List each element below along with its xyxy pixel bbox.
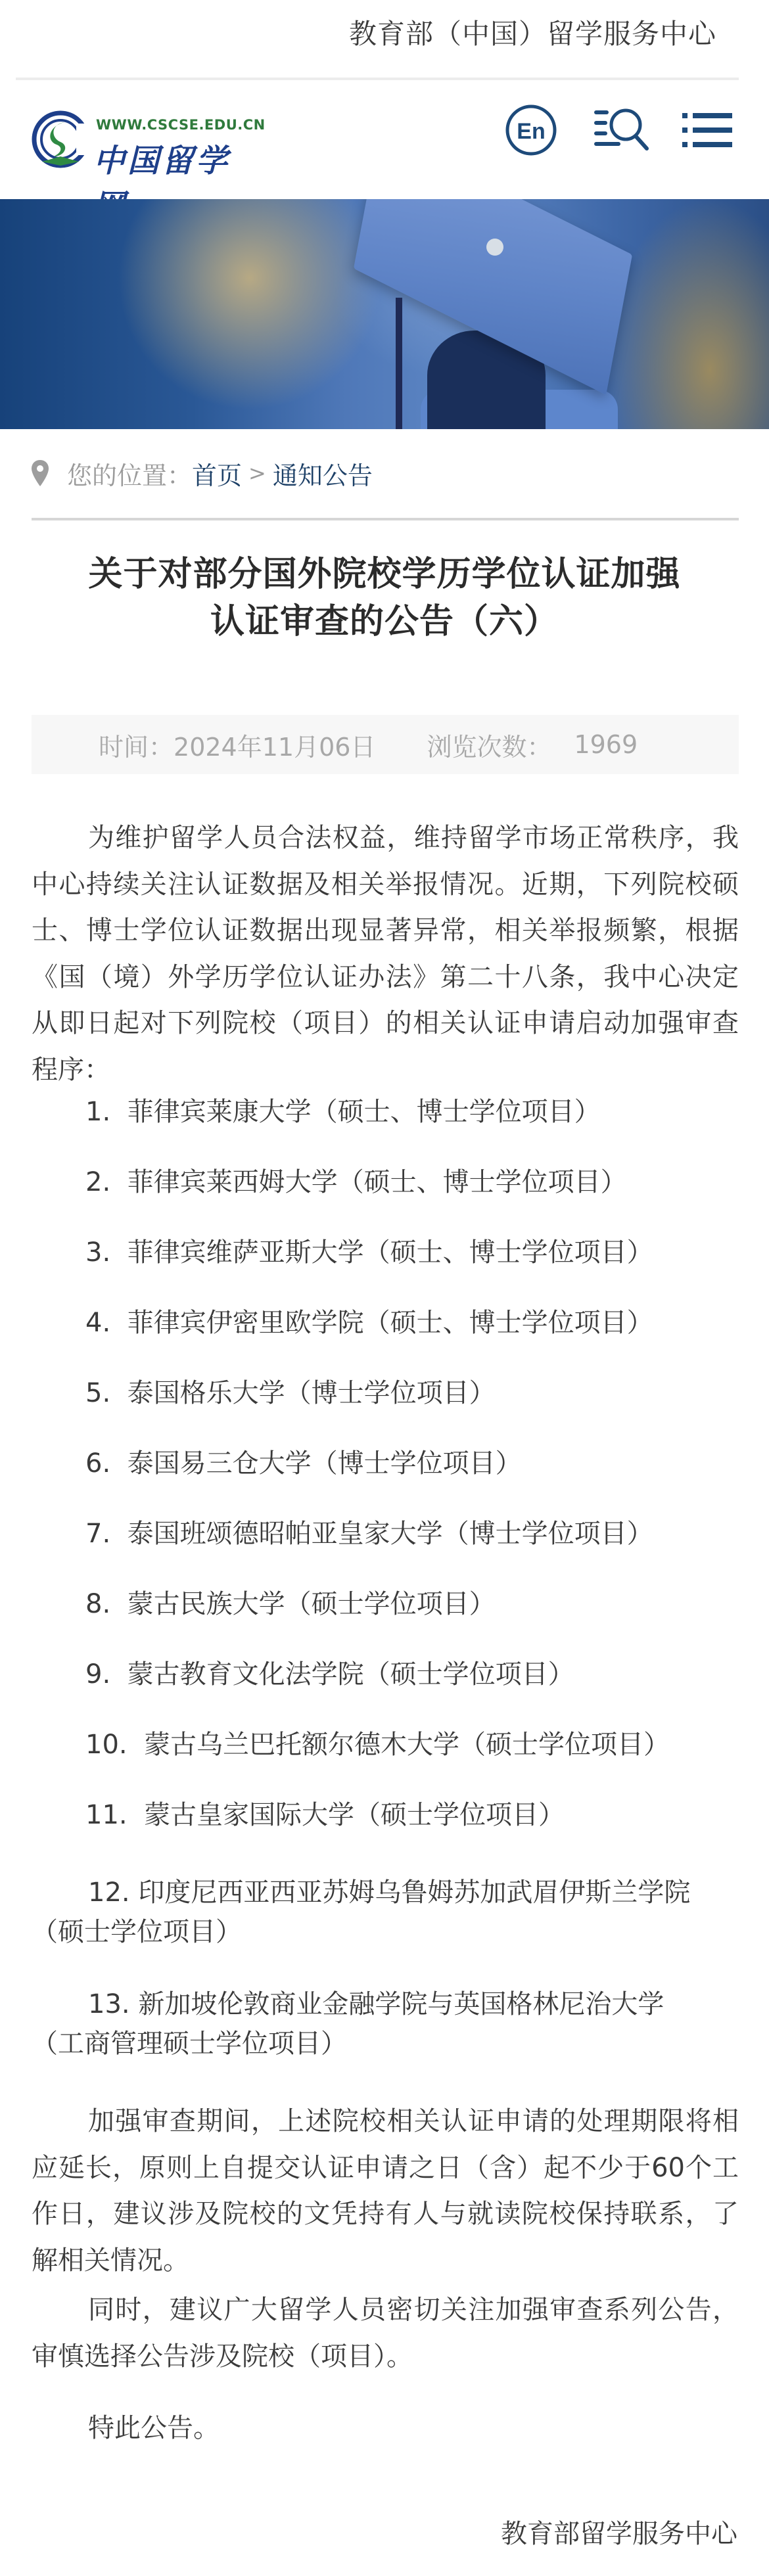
- signature: 教育部留学服务中心: [501, 2514, 737, 2554]
- list-item-number: 8.: [85, 1589, 110, 1619]
- view-count-value: 1969: [574, 730, 638, 759]
- banner-cap-button-shape: [486, 239, 503, 256]
- list-item-number: 11.: [85, 1800, 128, 1830]
- list-item-text: 菲律宾莱康大学（硕士、博士学位项目）: [128, 1097, 601, 1127]
- article-title-line1: 关于对部分国外院校学历学位认证加强: [39, 551, 730, 598]
- list-item: 10. 蒙古乌兰巴托额尔德木大学（硕士学位项目）: [85, 1725, 670, 1764]
- list-item-number: 7.: [85, 1519, 110, 1549]
- breadcrumb-notices-link[interactable]: 通知公告: [273, 455, 373, 492]
- list-item-text: 蒙古教育文化法学院（硕士学位项目）: [128, 1659, 574, 1690]
- list-item-number: 1.: [85, 1097, 110, 1127]
- list-item-text: 泰国班颂德昭帕亚皇家大学（博士学位项目）: [128, 1519, 653, 1549]
- list-item-number: 12.: [32, 1877, 130, 1908]
- svg-text:En: En: [517, 119, 545, 144]
- intro-paragraph: 为维护留学人员合法权益，维持留学市场正常秩序，我中心持续关注认证数据及相关举报情…: [32, 815, 739, 1093]
- menu-button[interactable]: [680, 104, 735, 156]
- breadcrumb: 您的位置： 首页 > 通知公告: [32, 453, 373, 493]
- location-pin-icon: [32, 460, 49, 486]
- language-en-icon: En: [503, 104, 559, 156]
- article-title-line2: 认证审查的公告（六）: [39, 598, 730, 645]
- list-item-number: 13.: [32, 1989, 130, 2019]
- list-item-number: 5.: [85, 1378, 110, 1408]
- graduation-banner-image: [0, 199, 769, 429]
- list-item: 1. 菲律宾莱康大学（硕士、博士学位项目）: [85, 1092, 601, 1132]
- list-item: 2. 菲律宾莱西姆大学（硕士、博士学位项目）: [85, 1162, 627, 1202]
- breadcrumb-label: 您的位置：: [67, 455, 192, 492]
- logo-emblem-icon: [30, 110, 91, 171]
- list-item: 5. 泰国格乐大学（博士学位项目）: [85, 1373, 496, 1413]
- list-item-number: 9.: [85, 1659, 110, 1690]
- list-item: 12. 印度尼西亚西亚苏姆乌鲁姆苏加武眉伊斯兰学院 （硕士学位项目）: [32, 1873, 739, 1952]
- org-title: 教育部（中国）留学服务中心: [0, 14, 716, 54]
- list-item: 6. 泰国易三仓大学（博士学位项目）: [85, 1444, 522, 1483]
- search-icon: [592, 104, 653, 156]
- top-divider: [16, 78, 739, 80]
- list-item-text: 新加坡伦敦商业金融学院与英国格林尼治大学: [138, 1989, 664, 2019]
- list-item-text: 蒙古皇家国际大学（硕士学位项目）: [144, 1800, 565, 1830]
- logo-url-text: WWW.CSCSE.EDU.CN: [96, 117, 266, 133]
- article-title: 关于对部分国外院校学历学位认证加强 认证审查的公告（六）: [39, 551, 730, 645]
- publish-time-label: 时间：: [99, 727, 174, 763]
- list-item-number: 10.: [85, 1730, 128, 1760]
- list-item-text: 菲律宾维萨亚斯大学（硕士、博士学位项目）: [128, 1237, 653, 1268]
- list-item-number: 6.: [85, 1448, 110, 1479]
- list-item-text: 菲律宾莱西姆大学（硕士、博士学位项目）: [128, 1167, 627, 1197]
- closing-paragraph: 特此公告。: [32, 2405, 739, 2452]
- list-item-number: 4.: [85, 1308, 110, 1338]
- menu-icon: [680, 104, 735, 156]
- list-item: 3. 菲律宾维萨亚斯大学（硕士、博士学位项目）: [85, 1233, 653, 1272]
- language-en-button[interactable]: En: [503, 104, 559, 156]
- list-item-text-continued: （工商管理硕士学位项目）: [32, 2024, 739, 2063]
- list-item-text: 蒙古乌兰巴托额尔德木大学（硕士学位项目）: [144, 1730, 670, 1760]
- list-item: 9. 蒙古教育文化法学院（硕士学位项目）: [85, 1655, 574, 1694]
- list-item-text: 泰国格乐大学（博士学位项目）: [128, 1378, 496, 1408]
- list-item: 7. 泰国班颂德昭帕亚皇家大学（博士学位项目）: [85, 1514, 653, 1553]
- breadcrumb-divider: [32, 518, 739, 520]
- list-item-text: 印度尼西亚西亚苏姆乌鲁姆苏加武眉伊斯兰学院: [138, 1877, 690, 1908]
- list-item-number: 3.: [85, 1237, 110, 1268]
- list-item-text: 泰国易三仓大学（博士学位项目）: [128, 1448, 522, 1479]
- list-item: 8. 蒙古民族大学（硕士学位项目）: [85, 1584, 496, 1624]
- list-item-text-continued: （硕士学位项目）: [32, 1912, 739, 1952]
- extension-paragraph: 加强审查期间，上述院校相关认证申请的处理期限将相应延长，原则上自提交认证申请之日…: [32, 2098, 739, 2284]
- advice-paragraph: 同时，建议广大留学人员密切关注加强审查系列公告，审慎选择公告涉及院校（项目）。: [32, 2287, 739, 2380]
- list-item-text: 菲律宾伊密里欧学院（硕士、博士学位项目）: [128, 1308, 653, 1338]
- search-button[interactable]: [592, 104, 653, 156]
- list-item: 11. 蒙古皇家国际大学（硕士学位项目）: [85, 1795, 565, 1835]
- view-count-label: 浏览次数：: [427, 727, 551, 763]
- publish-time-value: 2024年11月06日: [174, 727, 375, 763]
- article-meta-bar: 时间： 2024年11月06日 浏览次数： 1969: [32, 715, 739, 774]
- list-item: 13. 新加坡伦敦商业金融学院与英国格林尼治大学 （工商管理硕士学位项目）: [32, 1985, 739, 2063]
- breadcrumb-home-link[interactable]: 首页: [192, 455, 242, 492]
- breadcrumb-separator: >: [248, 461, 266, 486]
- list-item-text: 蒙古民族大学（硕士学位项目）: [128, 1589, 496, 1619]
- banner-tassel-shape: [396, 298, 402, 429]
- list-item: 4. 菲律宾伊密里欧学院（硕士、博士学位项目）: [85, 1303, 653, 1343]
- site-logo[interactable]: WWW.CSCSE.EDU.CN 中国留学网: [30, 105, 247, 177]
- list-item-number: 2.: [85, 1167, 110, 1197]
